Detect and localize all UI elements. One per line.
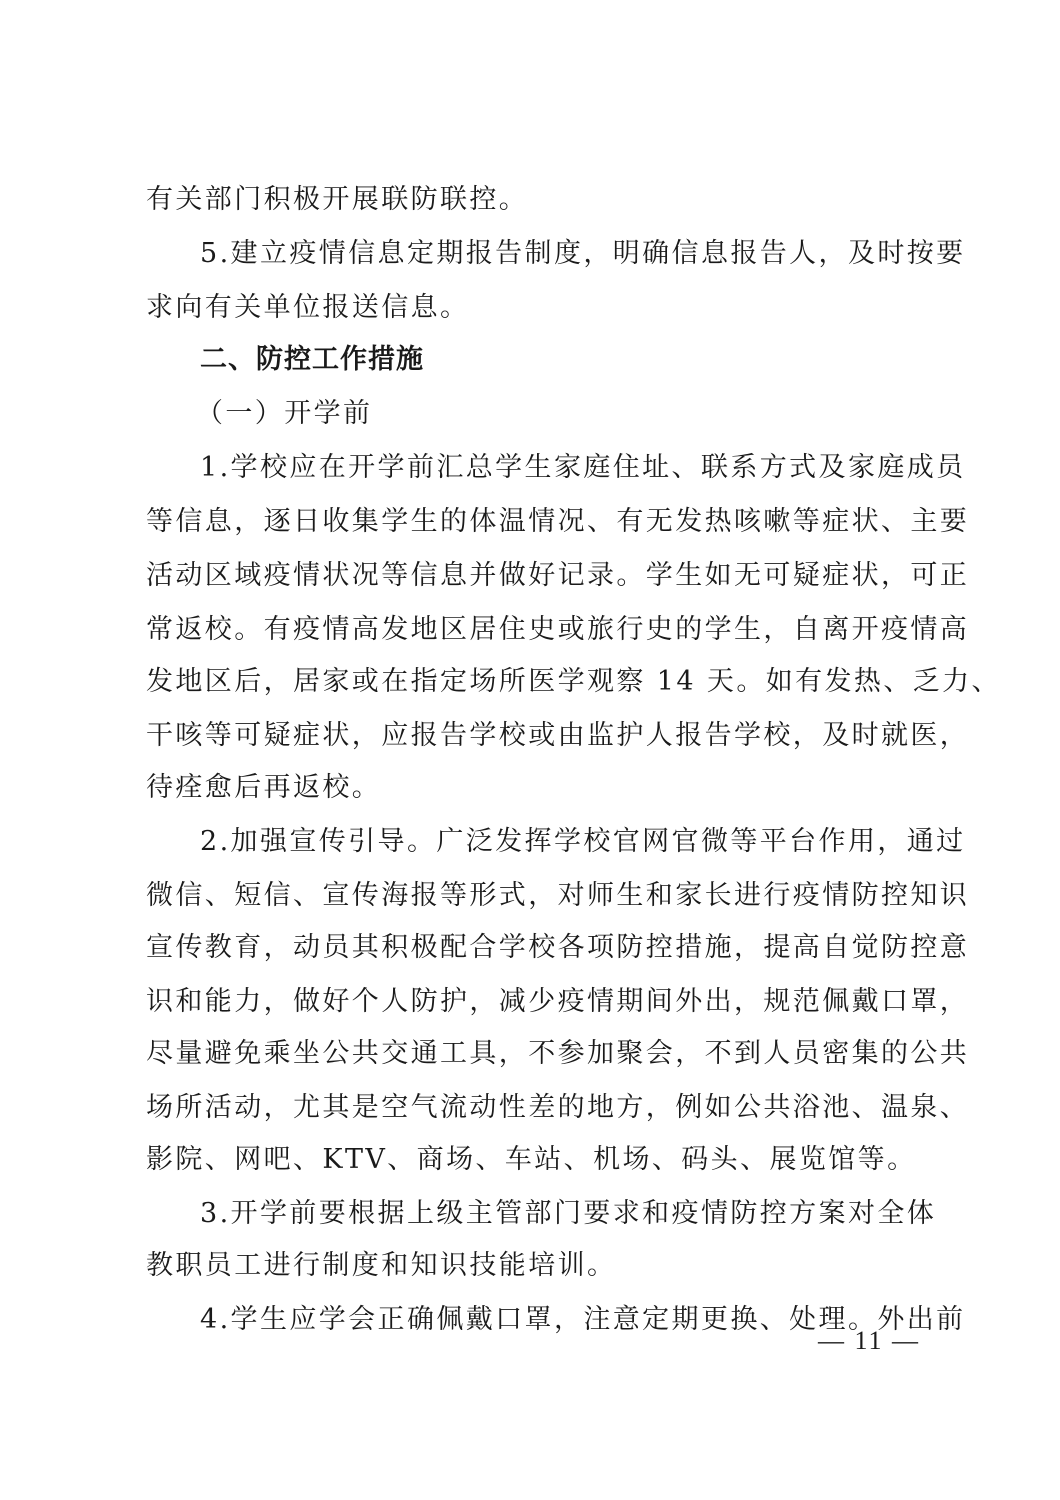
paragraph-line: 发地区后，居家或在指定场所医学观察 14 天。如有发热、乏力、 [146, 664, 918, 700]
paragraph-line: 尽量避免乘坐公共交通工具，不参加聚会，不到人员密集的公共 [146, 1036, 918, 1072]
document-page: 有关部门积极开展联防联控。 5.建立疫情信息定期报告制度，明确信息报告人，及时按… [0, 0, 1060, 1500]
paragraph-line: 等信息，逐日收集学生的体温情况、有无发热咳嗽等症状、主要 [146, 504, 918, 540]
paragraph-line: 常返校。有疫情高发地区居住史或旅行史的学生，自离开疫情高 [146, 612, 918, 648]
paragraph-line: 微信、短信、宣传海报等形式，对师生和家长进行疫情防控知识 [146, 878, 918, 914]
paragraph-line: 识和能力，做好个人防护，减少疫情期间外出，规范佩戴口罩， [146, 984, 918, 1020]
paragraph-line: 5.建立疫情信息定期报告制度，明确信息报告人，及时按要 [200, 236, 918, 272]
paragraph-line: 场所活动，尤其是空气流动性差的地方，例如公共浴池、温泉、 [146, 1090, 918, 1126]
paragraph-line: 4.学生应学会正确佩戴口罩，注意定期更换、处理。外出前 [200, 1302, 918, 1338]
paragraph-line: 1.学校应在开学前汇总学生家庭住址、联系方式及家庭成员 [200, 450, 918, 486]
paragraph-line: 3.开学前要根据上级主管部门要求和疫情防控方案对全体 [200, 1196, 918, 1232]
paragraph-line: 影院、网吧、KTV、商场、车站、机场、码头、展览馆等。 [146, 1142, 918, 1178]
page-number: — 11 — [818, 1326, 920, 1356]
paragraph-line: 2.加强宣传引导。广泛发挥学校官网官微等平台作用，通过 [200, 824, 918, 860]
paragraph-line: 待痊愈后再返校。 [146, 770, 918, 806]
paragraph-line: 干咳等可疑症状，应报告学校或由监护人报告学校，及时就医， [146, 718, 918, 754]
paragraph-line: 教职员工进行制度和知识技能培训。 [146, 1248, 918, 1284]
section-heading: 二、防控工作措施 [200, 342, 918, 378]
paragraph-line: 有关部门积极开展联防联控。 [146, 182, 918, 218]
paragraph-line: 求向有关单位报送信息。 [146, 290, 918, 326]
subsection-heading: （一）开学前 [196, 396, 968, 432]
paragraph-line: 宣传教育，动员其积极配合学校各项防控措施，提高自觉防控意 [146, 930, 918, 966]
paragraph-line: 活动区域疫情状况等信息并做好记录。学生如无可疑症状，可正 [146, 558, 918, 594]
